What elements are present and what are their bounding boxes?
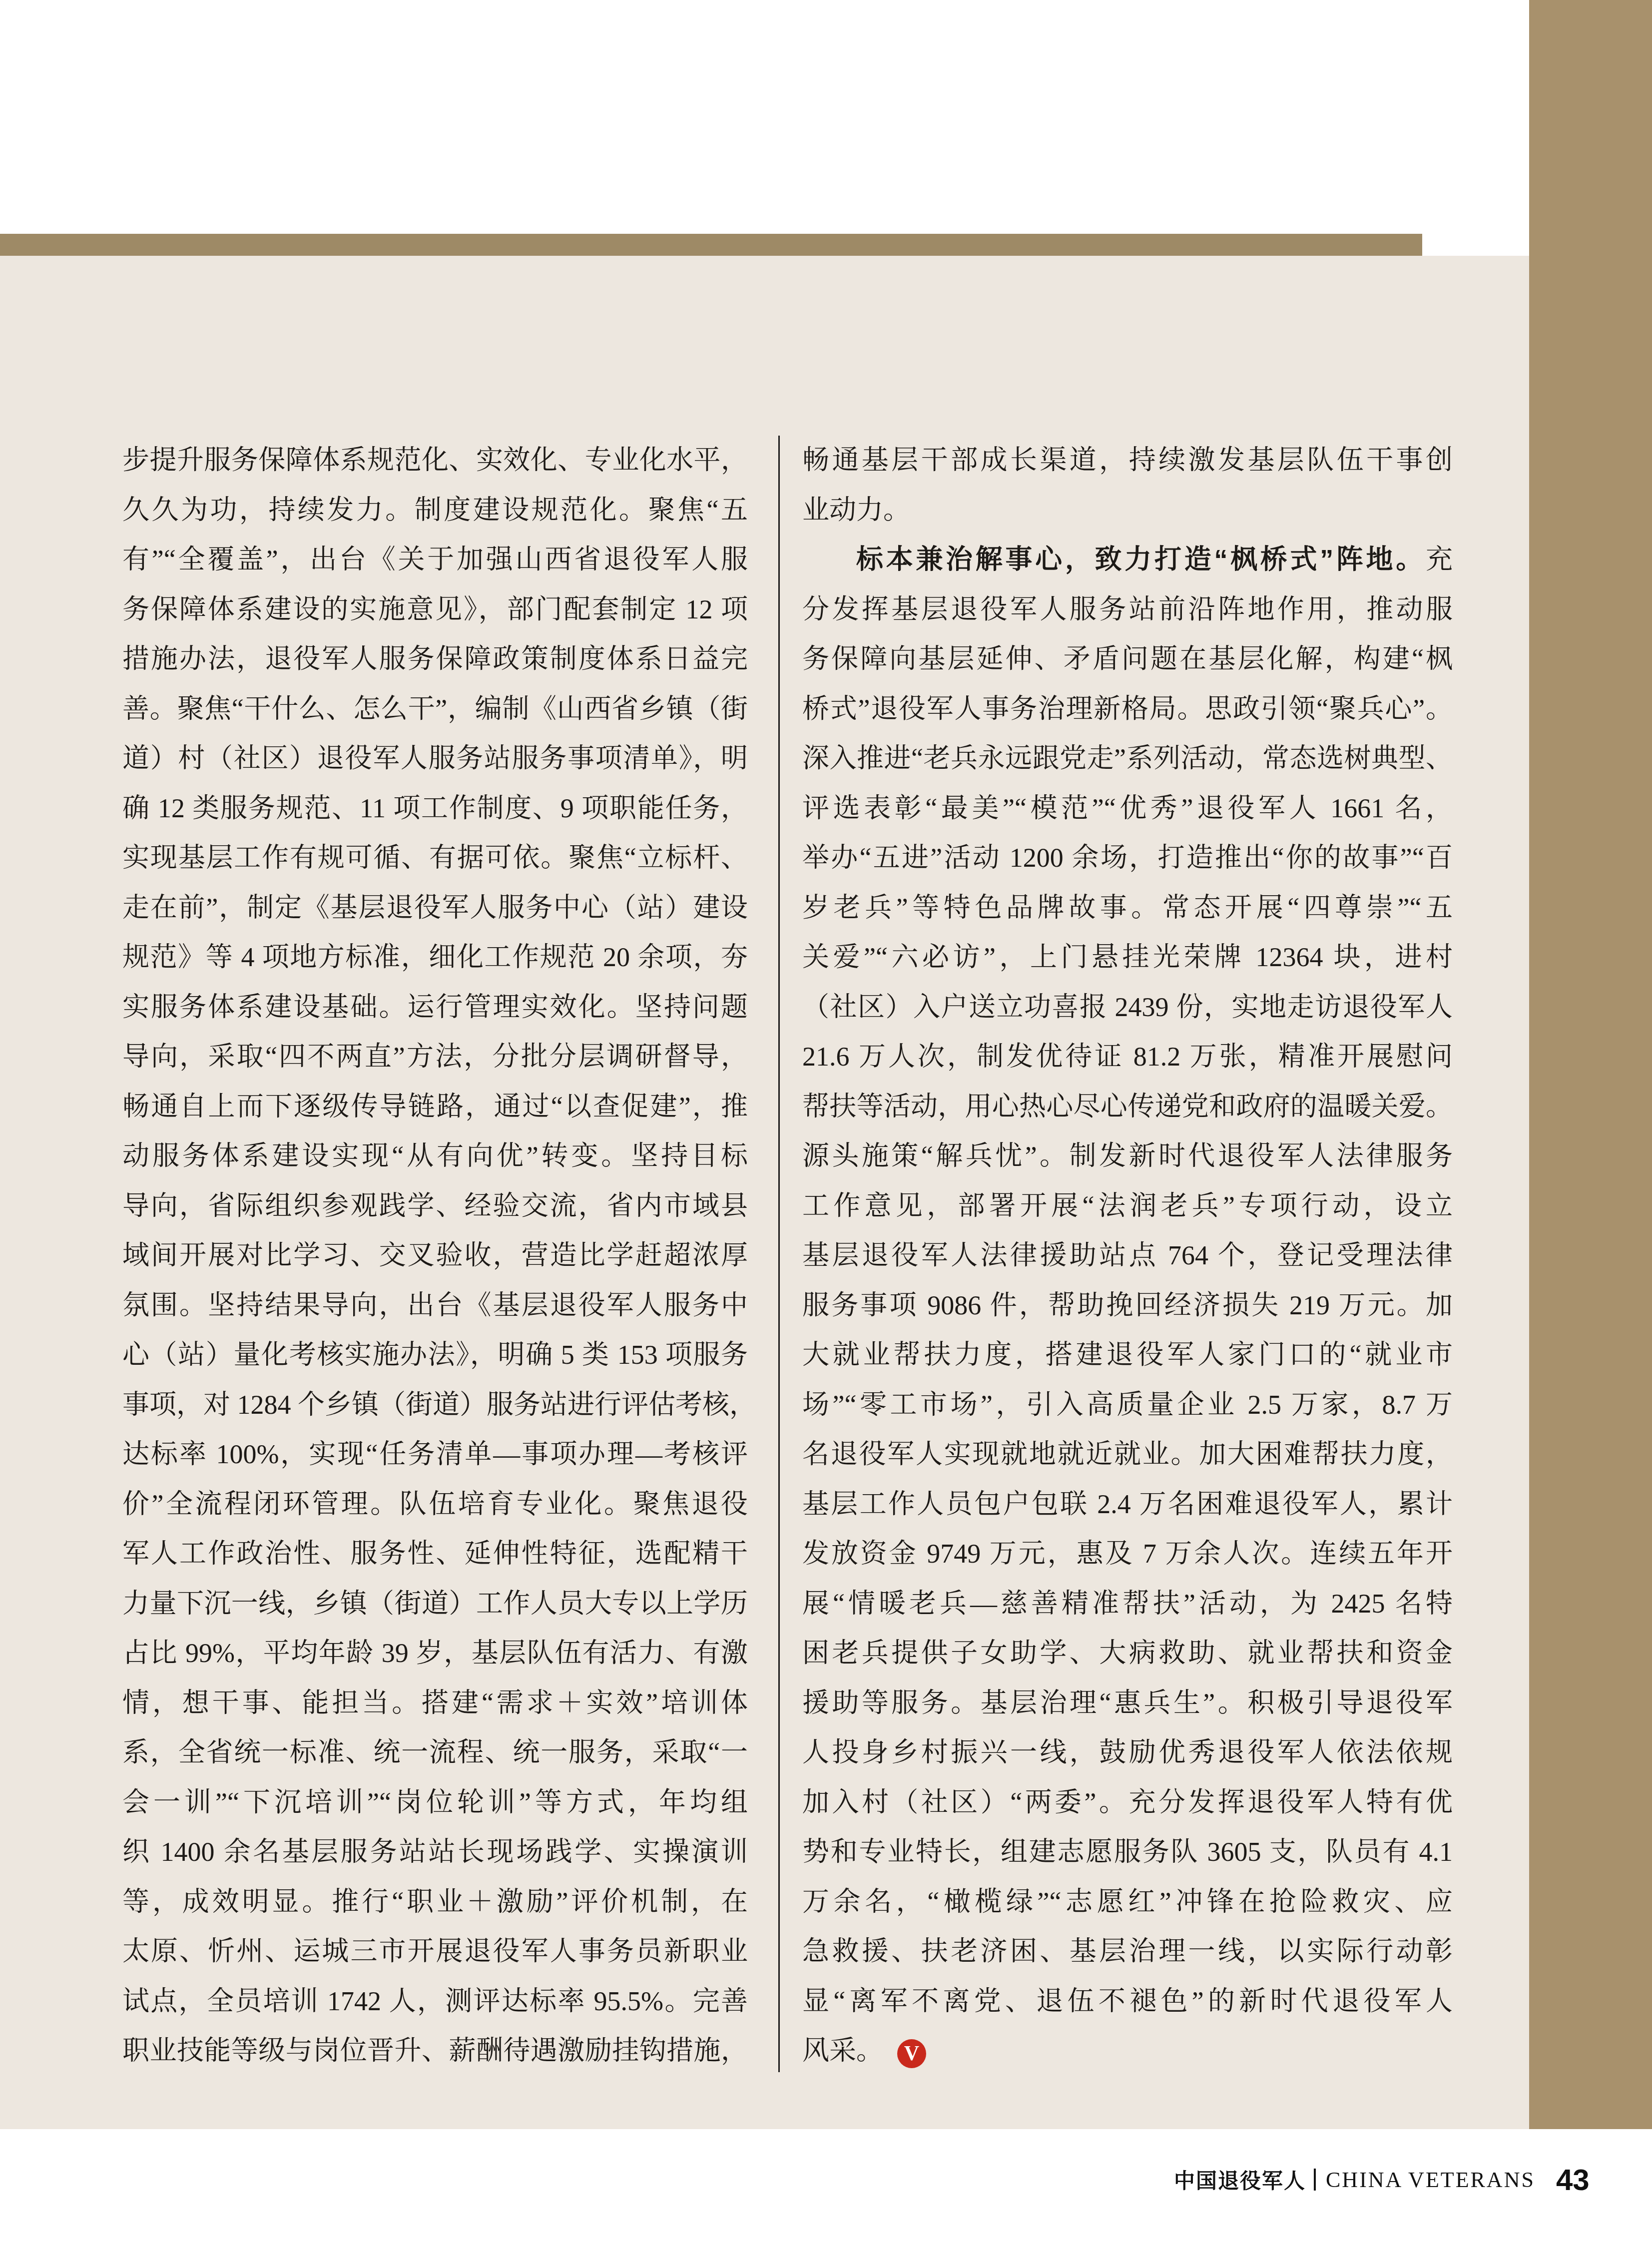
right-column-line: 深入推进“老兵永远跟党走”系列活动，常态选树典型、 <box>802 734 1453 784</box>
left-column-line: 等，成效明显。推行“职业＋激励”评价机制，在 <box>122 1877 748 1927</box>
left-column-line: 事项，对 1284 个乡镇（街道）服务站进行评估考核， <box>122 1380 748 1430</box>
right-column-line: 关爱”“六必访”，上门悬挂光荣牌 12364 块，进村 <box>802 933 1453 983</box>
left-column-line: 情，想干事、能担当。搭建“需求＋实效”培训体 <box>122 1679 748 1728</box>
page-number: 43 <box>1556 2163 1590 2197</box>
right-column-line: 基层退役军人法律援助站点 764 个，登记受理法律 <box>802 1231 1453 1281</box>
left-column-line: 军人工作政治性、服务性、延伸性特征，选配精干 <box>122 1529 748 1579</box>
body-text: 有”“全覆盖”，出台《关于加强山西省退役军人服 <box>122 545 748 574</box>
body-text: 万余名，“橄榄绿”“志愿红”冲锋在抢险救灾、应 <box>802 1887 1453 1917</box>
body-text: 基层工作人员包户包联 2.4 万名困难退役军人，累计 <box>802 1489 1453 1519</box>
body-text: 加入村（社区）“两委”。充分发挥退役军人特有优 <box>802 1787 1453 1817</box>
left-column-line: 域间开展对比学习、交叉验收，营造比学赶超浓厚 <box>122 1231 748 1281</box>
body-text: 分发挥基层退役军人服务站前沿阵地作用，推动服 <box>802 594 1453 624</box>
body-text: 善。聚焦“干什么、怎么干”，编制《山西省乡镇（街 <box>122 694 748 724</box>
article-column-right: 畅通基层干部成长渠道，持续激发基层队伍干事创业动力。标本兼治解事心，致力打造“枫… <box>802 436 1453 2076</box>
left-column-line: 力量下沉一线，乡镇（街道）工作人员大专以上学历 <box>122 1579 748 1629</box>
body-text: 确 12 类服务规范、11 项工作制度、9 项职能任务， <box>122 793 748 823</box>
body-text: 会一训”“下沉培训”“岗位轮训”等方式，年均组 <box>122 1787 748 1817</box>
left-column-line: 占比 99%，平均年龄 39 岁，基层队伍有活力、有激 <box>122 1629 748 1679</box>
left-column-line: 确 12 类服务规范、11 项工作制度、9 项职能任务， <box>122 784 748 834</box>
body-text: 风采。 <box>802 2036 883 2066</box>
top-accent-band <box>0 234 1422 256</box>
left-column-line: 会一训”“下沉培训”“岗位轮训”等方式，年均组 <box>122 1778 748 1828</box>
magazine-page: { "page": { "colors": { "bg-white": "#ff… <box>0 0 1652 2242</box>
right-column-line: 举办“五进”活动 1200 余场，打造推出“你的故事”“百 <box>802 833 1453 883</box>
body-text: 久久为功，持续发力。制度建设规范化。聚焦“五 <box>122 495 748 525</box>
body-text: 21.6 万人次，制发优待证 81.2 万张，精准开展慰问 <box>802 1042 1453 1072</box>
right-column-line: 基层工作人员包户包联 2.4 万名困难退役军人，累计 <box>802 1480 1453 1530</box>
body-text: 务保障向基层延伸、矛盾问题在基层化解，构建“枫 <box>802 644 1453 674</box>
page-footer: 中国退役军人 CHINA VETERANS 43 <box>1174 2157 1590 2202</box>
right-column-line: 展“情暖老兵—慈善精准帮扶”活动，为 2425 名特 <box>802 1579 1453 1629</box>
body-text: （社区）入户送立功喜报 2439 份，实地走访退役军人 <box>802 992 1453 1022</box>
body-text: 评选表彰“最美”“模范”“优秀”退役军人 1661 名， <box>802 793 1453 823</box>
left-column-line: 达标率 100%，实现“任务清单—事项办理—考核评 <box>122 1430 748 1480</box>
body-text: 规范》等 4 项地方标准，细化工作规范 20 余项，夯 <box>122 942 748 972</box>
body-text: 展“情暖老兵—慈善精准帮扶”活动，为 2425 名特 <box>802 1589 1453 1619</box>
body-text: 步提升服务保障体系规范化、实效化、专业化水平， <box>122 445 748 475</box>
body-text: 试点，全员培训 1742 人，测评达标率 95.5%。完善 <box>122 1986 748 2016</box>
left-column-line: 规范》等 4 项地方标准，细化工作规范 20 余项，夯 <box>122 933 748 983</box>
body-text: 导向，采取“四不两直”方法，分批分层调研督导， <box>122 1042 748 1072</box>
body-text: 桥式”退役军人事务治理新格局。思政引领“聚兵心”。 <box>802 694 1453 724</box>
right-column-line: 工作意见，部署开展“法润老兵”专项行动，设立 <box>802 1181 1453 1231</box>
right-column-line: 评选表彰“最美”“模范”“优秀”退役军人 1661 名， <box>802 784 1453 834</box>
right-column-line: 分发挥基层退役军人服务站前沿阵地作用，推动服 <box>802 585 1453 635</box>
body-text: 岁老兵”等特色品牌故事。常态开展“四尊崇”“五 <box>802 893 1453 923</box>
body-text: 实服务体系建设基础。运行管理实效化。坚持问题 <box>122 992 748 1022</box>
left-column-line: 走在前”，制定《基层退役军人服务中心（站）建设 <box>122 883 748 933</box>
left-column-line: 系，全省统一标准、统一流程、统一服务，采取“一 <box>122 1728 748 1778</box>
body-text: 发放资金 9749 万元，惠及 7 万余人次。连续五年开 <box>802 1539 1453 1569</box>
body-text: 服务事项 9086 件，帮助挽回经济损失 219 万元。加 <box>802 1290 1453 1320</box>
body-text: 急救援、扶老济困、基层治理一线，以实际行动彰 <box>802 1936 1453 1966</box>
body-text: 氛围。坚持结果导向，出台《基层退役军人服务中 <box>122 1290 748 1320</box>
right-column-line: 务保障向基层延伸、矛盾问题在基层化解，构建“枫 <box>802 634 1453 684</box>
left-column-line: 有”“全覆盖”，出台《关于加强山西省退役军人服 <box>122 535 748 585</box>
right-column-line: 困老兵提供子女助学、大病救助、就业帮扶和资金 <box>802 1629 1453 1679</box>
body-text: 援助等服务。基层治理“惠兵生”。积极引导退役军 <box>802 1688 1453 1718</box>
body-text: 基层退役军人法律援助站点 764 个，登记受理法律 <box>802 1240 1453 1270</box>
right-column-line: 大就业帮扶力度，搭建退役军人家门口的“就业市 <box>802 1330 1453 1380</box>
left-column-line: 太原、忻州、运城三市开展退役军人事务员新职业 <box>122 1927 748 1977</box>
magazine-title-en: CHINA VETERANS <box>1326 2167 1535 2193</box>
body-text: 心（站）量化考核实施办法》，明确 5 类 153 项服务 <box>122 1340 748 1370</box>
left-column-line: 导向，采取“四不两直”方法，分批分层调研督导， <box>122 1032 748 1082</box>
left-column-line: 织 1400 余名基层服务站站长现场践学、实操演训 <box>122 1827 748 1877</box>
body-text: 业动力。 <box>802 495 910 525</box>
body-text: 名退役军人实现就地就近就业。加大困难帮扶力度， <box>802 1439 1453 1469</box>
right-accent-band <box>1529 0 1652 2129</box>
body-text: 占比 99%，平均年龄 39 岁，基层队伍有活力、有激 <box>122 1638 748 1668</box>
body-text: 工作意见，部署开展“法润老兵”专项行动，设立 <box>802 1191 1453 1221</box>
left-column-line: 久久为功，持续发力。制度建设规范化。聚焦“五 <box>122 486 748 536</box>
body-text: 价”全流程闭环管理。队伍培育专业化。聚焦退役 <box>122 1489 748 1519</box>
body-text: 举办“五进”活动 1200 余场，打造推出“你的故事”“百 <box>802 843 1453 873</box>
right-column-line: 业动力。 <box>802 486 1453 536</box>
right-column-line: 畅通基层干部成长渠道，持续激发基层队伍干事创 <box>802 436 1453 486</box>
body-text: 困老兵提供子女助学、大病救助、就业帮扶和资金 <box>802 1638 1453 1668</box>
right-column-line: 岁老兵”等特色品牌故事。常态开展“四尊崇”“五 <box>802 883 1453 933</box>
body-text: 导向，省际组织参观践学、经验交流，省内市域县 <box>122 1191 748 1221</box>
left-column-line: 实服务体系建设基础。运行管理实效化。坚持问题 <box>122 983 748 1033</box>
body-text: 域间开展对比学习、交叉验收，营造比学赶超浓厚 <box>122 1240 748 1270</box>
left-column-line: 善。聚焦“干什么、怎么干”，编制《山西省乡镇（街 <box>122 684 748 734</box>
right-column-line: 桥式”退役军人事务治理新格局。思政引领“聚兵心”。 <box>802 684 1453 734</box>
left-column-line: 实现基层工作有规可循、有据可依。聚焦“立标杆、 <box>122 833 748 883</box>
right-column-line: 服务事项 9086 件，帮助挽回经济损失 219 万元。加 <box>802 1281 1453 1331</box>
right-column-line: 风采。V <box>802 2026 1453 2076</box>
right-column-line: 名退役军人实现就地就近就业。加大困难帮扶力度， <box>802 1430 1453 1480</box>
left-column-line: 步提升服务保障体系规范化、实效化、专业化水平， <box>122 436 748 486</box>
body-text: 事项，对 1284 个乡镇（街道）服务站进行评估考核， <box>122 1390 756 1420</box>
body-text: 显“离军不离党、退伍不褪色”的新时代退役军人 <box>802 1986 1453 2016</box>
body-text: 力量下沉一线，乡镇（街道）工作人员大专以上学历 <box>122 1589 748 1619</box>
right-column-line: 发放资金 9749 万元，惠及 7 万余人次。连续五年开 <box>802 1529 1453 1579</box>
right-column-line: 标本兼治解事心，致力打造“枫桥式”阵地。充 <box>802 535 1453 585</box>
left-column-line: 试点，全员培训 1742 人，测评达标率 95.5%。完善 <box>122 1977 748 2027</box>
body-text: 职业技能等级与岗位晋升、薪酬待遇激励挂钩措施， <box>122 2036 748 2066</box>
left-column-line: 价”全流程闭环管理。队伍培育专业化。聚焦退役 <box>122 1480 748 1530</box>
right-column-line: 场”“零工市场”，引入高质量企业 2.5 万家，8.7 万 <box>802 1380 1453 1430</box>
column-divider <box>778 436 780 2072</box>
body-text: 深入推进“老兵永远跟党走”系列活动，常态选树典型、 <box>802 743 1453 773</box>
body-text: 情，想干事、能担当。搭建“需求＋实效”培训体 <box>122 1688 748 1718</box>
body-text: 势和专业特长，组建志愿服务队 3605 支，队员有 4.1 <box>802 1837 1453 1867</box>
right-column-line: 加入村（社区）“两委”。充分发挥退役军人特有优 <box>802 1778 1453 1828</box>
body-text: 等，成效明显。推行“职业＋激励”评价机制，在 <box>122 1887 748 1917</box>
body-text: 大就业帮扶力度，搭建退役军人家门口的“就业市 <box>802 1340 1453 1370</box>
article-column-left: 步提升服务保障体系规范化、实效化、专业化水平，久久为功，持续发力。制度建设规范化… <box>122 436 748 2076</box>
right-column-line: （社区）入户送立功喜报 2439 份，实地走访退役军人 <box>802 983 1453 1033</box>
body-text: 畅通基层干部成长渠道，持续激发基层队伍干事创 <box>802 445 1453 475</box>
body-text: 动服务体系建设实现“从有向优”转变。坚持目标 <box>122 1141 748 1171</box>
article-end-icon: V <box>897 2039 926 2068</box>
body-text: 走在前”，制定《基层退役军人服务中心（站）建设 <box>122 893 748 923</box>
left-column-line: 氛围。坚持结果导向，出台《基层退役军人服务中 <box>122 1281 748 1331</box>
body-text: 织 1400 余名基层服务站站长现场践学、实操演训 <box>122 1837 748 1867</box>
footer-separator <box>1314 2169 1316 2191</box>
body-text: 人投身乡村振兴一线，鼓励优秀退役军人依法依规 <box>802 1737 1453 1767</box>
body-text: 务保障体系建设的实施意见》，部门配套制定 12 项 <box>122 594 748 624</box>
right-column-line: 万余名，“橄榄绿”“志愿红”冲锋在抢险救灾、应 <box>802 1877 1453 1927</box>
body-text: 太原、忻州、运城三市开展退役军人事务员新职业 <box>122 1936 748 1966</box>
right-column-line: 21.6 万人次，制发优待证 81.2 万张，精准开展慰问 <box>802 1032 1453 1082</box>
right-column-line: 源头施策“解兵忧”。制发新时代退役军人法律服务 <box>802 1131 1453 1181</box>
body-text: 畅通自上而下逐级传导链路，通过“以查促建”，推 <box>122 1092 748 1121</box>
paragraph-lead-bold: 标本兼治解事心，致力打造“枫桥式”阵地。 <box>856 545 1426 574</box>
magazine-title-cn: 中国退役军人 <box>1174 2165 1306 2195</box>
left-column-line: 务保障体系建设的实施意见》，部门配套制定 12 项 <box>122 585 748 635</box>
left-column-line: 导向，省际组织参观践学、经验交流，省内市域县 <box>122 1181 748 1231</box>
body-text: 实现基层工作有规可循、有据可依。聚焦“立标杆、 <box>122 843 748 873</box>
left-column-line: 职业技能等级与岗位晋升、薪酬待遇激励挂钩措施， <box>122 2026 748 2076</box>
left-column-line: 动服务体系建设实现“从有向优”转变。坚持目标 <box>122 1131 748 1181</box>
right-column-line: 帮扶等活动，用心热心尽心传递党和政府的温暖关爱。 <box>802 1082 1453 1132</box>
right-column-line: 人投身乡村振兴一线，鼓励优秀退役军人依法依规 <box>802 1728 1453 1778</box>
body-text: 关爱”“六必访”，上门悬挂光荣牌 12364 块，进村 <box>802 942 1453 972</box>
left-column-line: 措施办法，退役军人服务保障政策制度体系日益完 <box>122 634 748 684</box>
right-column-line: 急救援、扶老济困、基层治理一线，以实际行动彰 <box>802 1927 1453 1977</box>
right-column-line: 援助等服务。基层治理“惠兵生”。积极引导退役军 <box>802 1679 1453 1728</box>
body-text: 充 <box>1426 545 1453 574</box>
left-column-line: 道）村（社区）退役军人服务站服务事项清单》，明 <box>122 734 748 784</box>
body-text: 场”“零工市场”，引入高质量企业 2.5 万家，8.7 万 <box>802 1390 1453 1420</box>
right-column-line: 势和专业特长，组建志愿服务队 3605 支，队员有 4.1 <box>802 1827 1453 1877</box>
body-text: 系，全省统一标准、统一流程、统一服务，采取“一 <box>122 1737 748 1767</box>
body-text: 达标率 100%，实现“任务清单—事项办理—考核评 <box>122 1439 748 1469</box>
right-column-line: 显“离军不离党、退伍不褪色”的新时代退役军人 <box>802 1977 1453 2027</box>
body-text: 帮扶等活动，用心热心尽心传递党和政府的温暖关爱。 <box>802 1092 1453 1121</box>
body-text: 道）村（社区）退役军人服务站服务事项清单》，明 <box>122 743 748 773</box>
body-text: 军人工作政治性、服务性、延伸性特征，选配精干 <box>122 1539 748 1569</box>
body-text: 措施办法，退役军人服务保障政策制度体系日益完 <box>122 644 748 674</box>
body-text: 源头施策“解兵忧”。制发新时代退役军人法律服务 <box>802 1141 1453 1171</box>
left-column-line: 心（站）量化考核实施办法》，明确 5 类 153 项服务 <box>122 1330 748 1380</box>
left-column-line: 畅通自上而下逐级传导链路，通过“以查促建”，推 <box>122 1082 748 1132</box>
